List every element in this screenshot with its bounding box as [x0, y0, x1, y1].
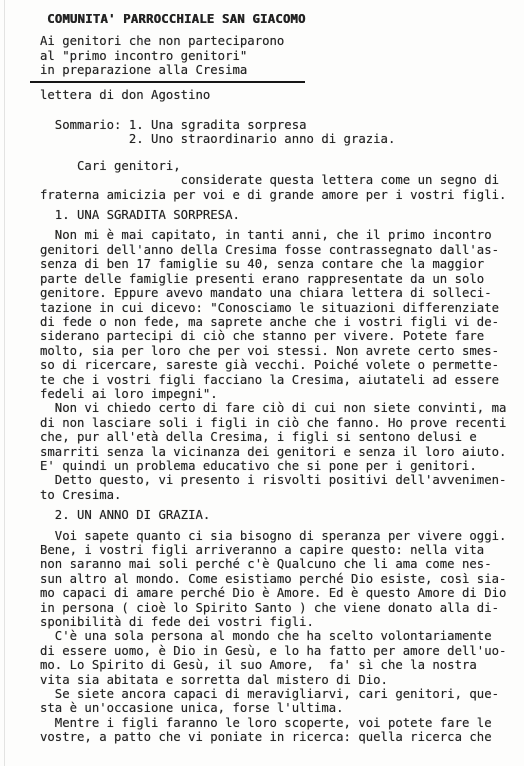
- text-line: tazione in cui dicevo: "Conosciamo le si…: [40, 301, 518, 315]
- text-line: Non mi è mai capitato, in tanti anni, ch…: [40, 228, 518, 242]
- text-line: Ai genitori che non parteciparono: [40, 34, 518, 48]
- text-line: te che i vostri figli facciano la Cresim…: [40, 373, 518, 387]
- text-line: sponibilità di fede dei vostri figli.: [40, 615, 518, 629]
- text-line: che, pur all'età della Cresima, i figli …: [40, 430, 518, 444]
- text-line: Non vi chiedo certo di fare ciò di cui n…: [40, 401, 518, 415]
- text-line: considerate questa lettera come un segno…: [40, 173, 518, 187]
- text-line: so di ricercare, sareste già vecchi. Poi…: [40, 358, 518, 372]
- text-line: to Cresima.: [40, 488, 518, 502]
- text-line: parte delle famiglie presenti erano rapp…: [40, 272, 518, 286]
- text-line: di non lasciare soli i figli in ciò che …: [40, 416, 518, 430]
- text-line: Mentre i figli faranno le loro scoperte,…: [40, 716, 518, 730]
- scanned-letter-page: COMUNITA' PARROCCHIALE SAN GIACOMO Ai ge…: [0, 0, 524, 766]
- section-1-heading: 1. UNA SGRADITA SORPRESA.: [40, 208, 518, 222]
- salutation-lines: Cari genitori, considerate questa letter…: [40, 159, 518, 202]
- text-line: in preparazione alla Cresima: [40, 63, 518, 77]
- text-line: mo capaci di amare perché Dio è Amore. E…: [40, 586, 518, 600]
- text-line: sun altro al mondo. Come esistiamo perch…: [40, 572, 518, 586]
- divider-rule: [30, 81, 305, 83]
- text-line: Se siete ancora capaci di meravigliarvi,…: [40, 687, 518, 701]
- text-line: Cari genitori,: [40, 159, 518, 173]
- text-line: di fede o non fede, ma saprete anche che…: [40, 315, 518, 329]
- text-line: Detto questo, vi presento i risvolti pos…: [40, 473, 518, 487]
- text-line: molto, sia per loro che per voi stessi. …: [40, 344, 518, 358]
- text-line: sta è un'occasione unica, forse l'ultima…: [40, 701, 518, 715]
- text-line: fedeli ai loro impegni".: [40, 387, 518, 401]
- text-line: 2. Uno straordinario anno di grazia.: [40, 132, 518, 146]
- section-1-body: Non mi è mai capitato, in tanti anni, ch…: [40, 228, 518, 502]
- text-line: C'è una sola persona al mondo che ha sce…: [40, 629, 518, 643]
- text-line: vita sia abitata e sorretta dal mistero …: [40, 673, 518, 687]
- text-line: al "primo incontro genitori": [40, 49, 518, 63]
- text-line: vostre, a patto che vi poniate in ricerc…: [40, 730, 518, 744]
- section-2-heading: 2. UN ANNO DI GRAZIA.: [40, 508, 518, 522]
- text-line: fraterna amicizia per voi e di grande am…: [40, 188, 518, 202]
- byline: lettera di don Agostino: [40, 88, 518, 102]
- text-line: genitori dell'anno della Cresima fosse c…: [40, 243, 518, 257]
- addressee-lines: Ai genitori che non parteciparonoal "pri…: [40, 34, 518, 77]
- text-line: mo. Lo Spirito di Gesù, il suo Amore, fa…: [40, 658, 518, 672]
- text-line: E' quindi un problema educativo che si p…: [40, 459, 518, 473]
- page-title: COMUNITA' PARROCCHIALE SAN GIACOMO: [47, 12, 518, 26]
- section-2-body: Voi sapete quanto ci sia bisogno di sper…: [40, 529, 518, 745]
- scan-edge-line: [4, 0, 5, 766]
- text-line: Voi sapete quanto ci sia bisogno di sper…: [40, 529, 518, 543]
- text-line: in persona ( cioè lo Spirito Santo ) che…: [40, 601, 518, 615]
- text-line: Sommario: 1. Una sgradita sorpresa: [40, 118, 518, 132]
- text-line: di essere uomo, è Dio in Gesù, e lo ha f…: [40, 644, 518, 658]
- summary-lines: Sommario: 1. Una sgradita sorpresa 2. Un…: [40, 118, 518, 147]
- text-line: Bene, i vostri figli arriveranno a capir…: [40, 543, 518, 557]
- text-line: senza di ben 17 famiglie su 40, senza co…: [40, 257, 518, 271]
- text-line: smarriti senza la vicinanza dei genitori…: [40, 445, 518, 459]
- text-line: non saranno mai soli perché c'è Qualcuno…: [40, 557, 518, 571]
- text-line: genitore. Eppure avevo mandato una chiar…: [40, 286, 518, 300]
- text-line: siderano partecipi di ciò che stanno per…: [40, 329, 518, 343]
